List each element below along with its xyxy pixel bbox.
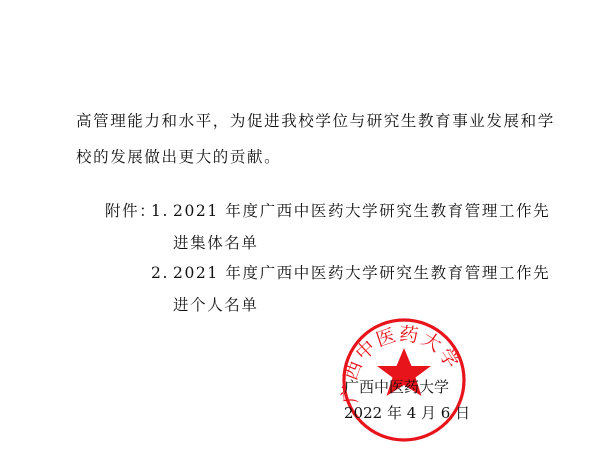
signature-organization: 广西中医药大学 (344, 376, 449, 397)
attachment-2-line-1: 2021 年度广西中医药大学研究生教育管理工作先 (173, 263, 550, 283)
signature-date: 2022 年 4 月 6 日 (344, 402, 470, 423)
attachment-1-line-2: 进集体名单 (173, 233, 259, 253)
attachments-label: 附件： (105, 201, 156, 221)
attachment-2-line-2: 进个人名单 (173, 295, 259, 315)
attachment-2-number: 2. (151, 263, 169, 283)
attachment-1-line-1: 2021 年度广西中医药大学研究生教育管理工作先 (173, 201, 550, 221)
paragraph-line-2: 校的发展做出更大的贡献。 (76, 147, 281, 167)
paragraph-line-1: 高管理能力和水平，为促进我校学位与研究生教育事业发展和学 (76, 111, 555, 131)
attachment-1-number: 1. (151, 201, 169, 221)
